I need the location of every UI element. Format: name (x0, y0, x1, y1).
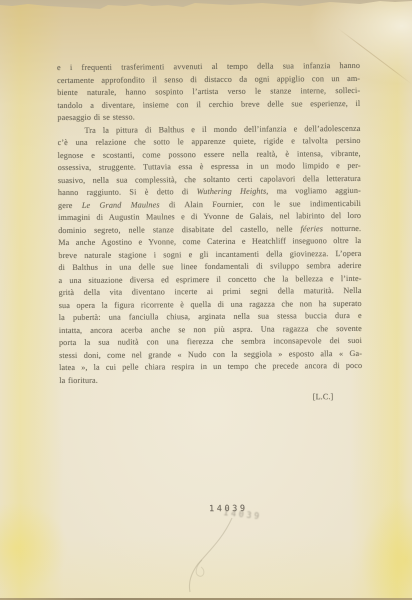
torn-top-edge (0, 0, 412, 26)
pencil-mark (168, 512, 248, 597)
scanned-book-page: e i frequenti trasferimenti avvenuti al … (0, 0, 412, 600)
text-line: la fioritura. (59, 372, 362, 387)
inventory-stamp: 14039 (209, 504, 248, 514)
text-line: latea », la cui pelle chiara respira in … (59, 360, 362, 375)
author-initials: [L.C.] (59, 391, 362, 406)
text-block: e i frequenti trasferimenti avvenuti al … (57, 60, 362, 406)
text-line: tandolo a diventare, insieme con il cerc… (57, 97, 360, 112)
